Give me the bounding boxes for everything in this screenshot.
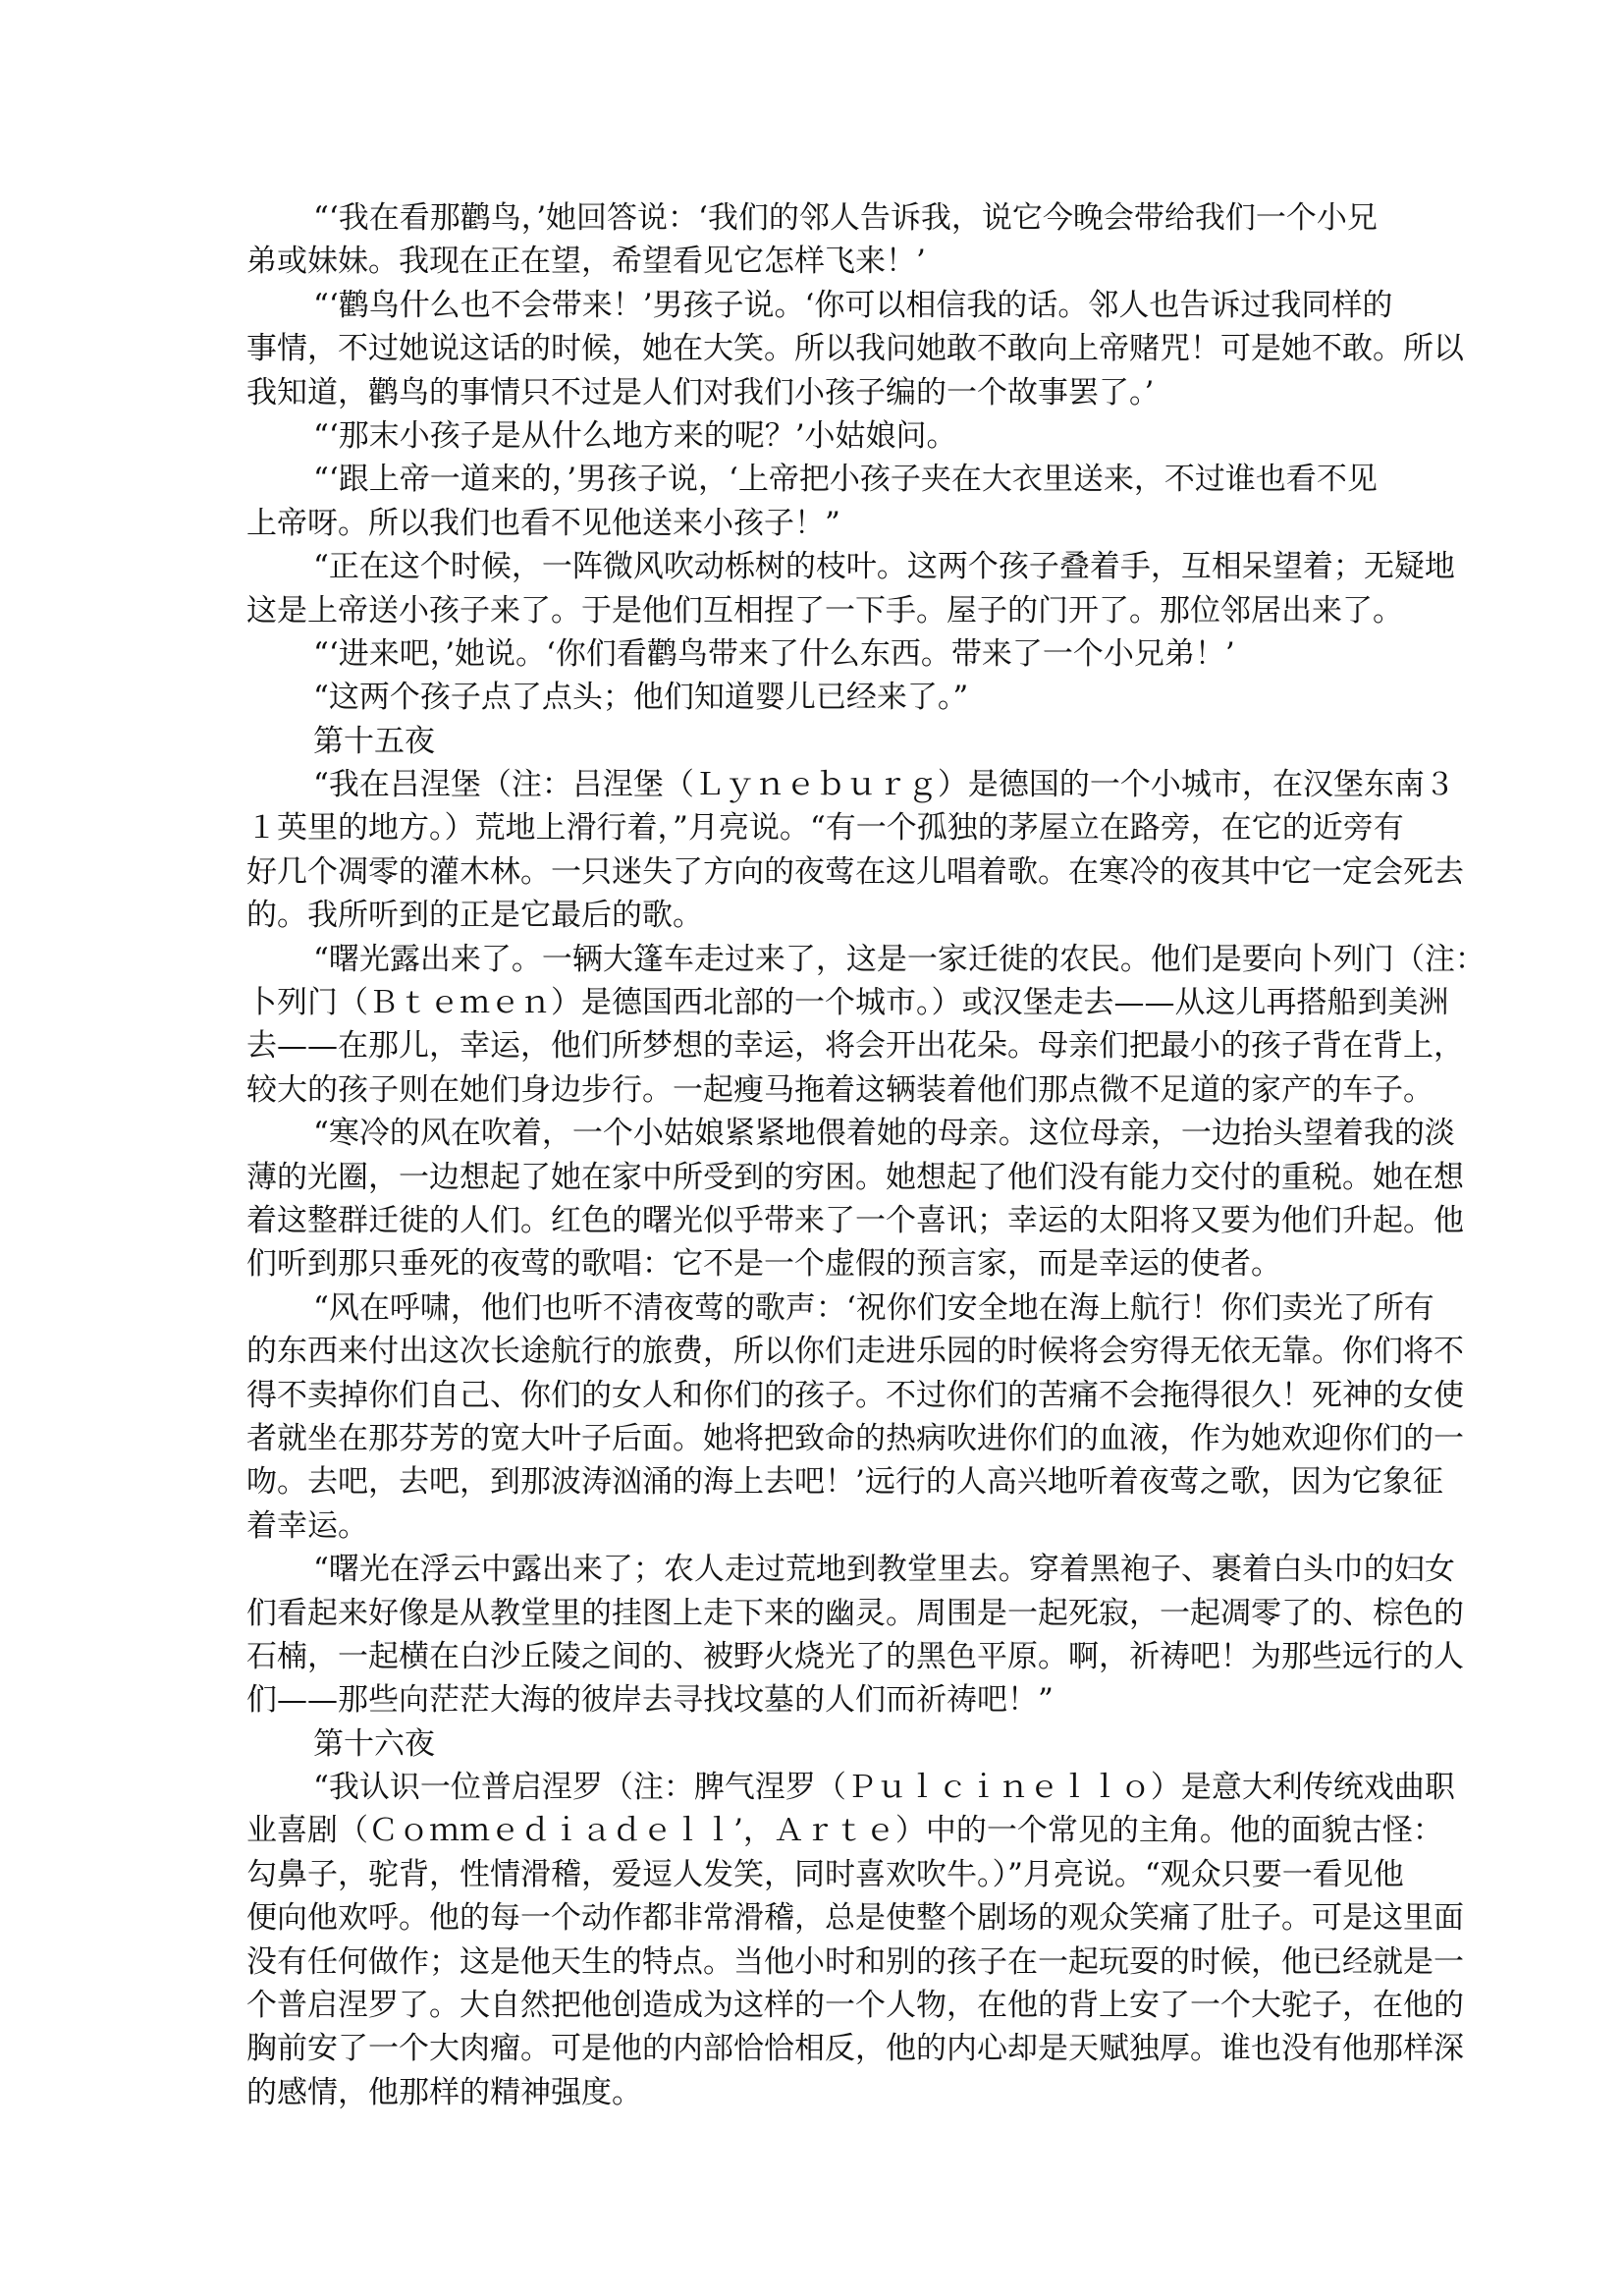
paragraph: “‘那末小孩子是从什么地方来的呢？’小姑娘问。: [246, 414, 1376, 458]
text-line: 石楠，一起横在白沙丘陵之间的、被野火烧光了的黑色平原。啊，祈祷吧！为那些远行的人: [246, 1635, 1376, 1678]
text-line: 薄的光圈，一边想起了她在家中所受到的穷困。她想起了他们没有能力交付的重税。她在想: [246, 1156, 1376, 1199]
paragraph: “‘鹳鸟什么也不会带来！’男孩子说。‘你可以相信我的话。邻人也告诉过我同样的事情…: [246, 284, 1376, 414]
paragraph: “‘进来吧，’她说。‘你们看鹳鸟带来了什么东西。带来了一个小兄弟！’: [246, 632, 1376, 676]
section-heading: 第十五夜: [246, 720, 1376, 763]
paragraph: “风在呼啸，他们也听不清夜莺的歌声：‘祝你们安全地在海上航行！你们卖光了所有的东…: [246, 1286, 1376, 1548]
text-line: “‘鹳鸟什么也不会带来！’男孩子说。‘你可以相信我的话。邻人也告诉过我同样的: [246, 284, 1376, 327]
text-line: 便向他欢呼。他的每一个动作都非常滑稽，总是使整个剧场的观众笑痛了肚子。可是这里面: [246, 1896, 1376, 1940]
text-line: １英里的地方。）荒地上滑行着，”月亮说。“有一个孤独的茅屋立在路旁，在它的近旁有: [246, 806, 1376, 849]
text-line: 吻。去吧，去吧，到那波涛汹涌的海上去吧！’远行的人高兴地听着夜莺之歌，因为它象征: [246, 1460, 1376, 1503]
text-line: “正在这个时候，一阵微风吹动栎树的枝叶。这两个孩子叠着手，互相呆望着；无疑地: [246, 545, 1376, 588]
text-line: 去——在那儿，幸运，他们所梦想的幸运，将会开出花朵。母亲们把最小的孩子背在背上，: [246, 1024, 1376, 1067]
text-line: “这两个孩子点了点头；他们知道婴儿已经来了。”: [246, 676, 1376, 719]
text-line: 勾鼻子，驼背，性情滑稽，爱逗人发笑，同时喜欢吹牛。）”月亮说。“观众只要一看见他: [246, 1853, 1376, 1896]
text-line: 业喜剧（Ｃｏｍｍｅｄｉａｄｅｌｌ’，Ａｒｔｅ）中的一个常见的主角。他的面貌古怪：: [246, 1809, 1376, 1852]
text-line: 胸前安了一个大肉瘤。可是他的内部恰恰相反，他的内心却是天赋独厚。谁也没有他那样深: [246, 2027, 1376, 2070]
text-line: “‘那末小孩子是从什么地方来的呢？’小姑娘问。: [246, 414, 1376, 458]
paragraph: “正在这个时候，一阵微风吹动栎树的枝叶。这两个孩子叠着手，互相呆望着；无疑地这是…: [246, 545, 1376, 632]
text-line: 第十六夜: [246, 1722, 1376, 1766]
text-line: 没有任何做作；这是他天生的特点。当他小时和别的孩子在一起玩耍的时候，他已经就是一: [246, 1941, 1376, 1984]
text-line: 者就坐在那芬芳的宽大叶子后面。她将把致命的热病吹进你们的血液，作为她欢迎你们的一: [246, 1417, 1376, 1460]
text-line: “风在呼啸，他们也听不清夜莺的歌声：‘祝你们安全地在海上航行！你们卖光了所有: [246, 1286, 1376, 1330]
text-line: 弟或妹妹。我现在正在望，希望看见它怎样飞来！’: [246, 240, 1376, 283]
paragraph: “‘我在看那鹳鸟，’她回答说：‘我们的邻人告诉我，说它今晚会带给我们一个小兄弟或…: [246, 196, 1376, 284]
text-line: “‘进来吧，’她说。‘你们看鹳鸟带来了什么东西。带来了一个小兄弟！’: [246, 632, 1376, 676]
text-line: “曙光在浮云中露出来了；农人走过荒地到教堂里去。穿着黑袍子、裹着白头巾的妇女: [246, 1548, 1376, 1591]
paragraph: “我认识一位普启涅罗（注：脾气涅罗（Ｐｕｌｃｉｎｅｌｌｏ）是意大利传统戏曲职业喜…: [246, 1766, 1376, 2114]
text-line: 较大的孩子则在她们身边步行。一起瘦马拖着这辆装着他们那点微不足道的家产的车子。: [246, 1068, 1376, 1112]
text-line: 第十五夜: [246, 720, 1376, 763]
paragraph: “曙光露出来了。一辆大篷车走过来了，这是一家迁徙的农民。他们是要向卜列门（注：卜…: [246, 938, 1376, 1113]
text-line: 得不卖掉你们自己、你们的女人和你们的孩子。不过你们的苦痛不会拖得很久！死神的女使: [246, 1374, 1376, 1417]
text-line: 的。我所听到的正是它最后的歌。: [246, 894, 1376, 937]
section-heading: 第十六夜: [246, 1722, 1376, 1766]
text-line: 的感情，他那样的精神强度。: [246, 2071, 1376, 2114]
document-page: “‘我在看那鹳鸟，’她回答说：‘我们的邻人告诉我，说它今晚会带给我们一个小兄弟或…: [246, 196, 1376, 2114]
text-line: “曙光露出来了。一辆大篷车走过来了，这是一家迁徙的农民。他们是要向卜列门（注：: [246, 938, 1376, 981]
text-line: 着幸运。: [246, 1504, 1376, 1548]
text-line: “‘跟上帝一道来的，’男孩子说，‘上帝把小孩子夹在大衣里送来，不过谁也看不见: [246, 458, 1376, 501]
paragraph: “寒冷的风在吹着，一个小姑娘紧紧地偎着她的母亲。这位母亲，一边抬头望着我的淡薄的…: [246, 1112, 1376, 1286]
text-line: 个普启涅罗了。大自然把他创造成为这样的一个人物，在他的背上安了一个大驼子，在他的: [246, 1984, 1376, 2027]
text-line: 们看起来好像是从教堂里的挂图上走下来的幽灵。周围是一起死寂，一起凋零了的、棕色的: [246, 1592, 1376, 1635]
text-line: 们听到那只垂死的夜莺的歌唱：它不是一个虚假的预言家，而是幸运的使者。: [246, 1242, 1376, 1285]
text-line: “我在吕涅堡（注：吕涅堡（Ｌｙｎｅｂｕｒｇ）是德国的一个小城市，在汉堡东南３: [246, 763, 1376, 806]
text-line: “寒冷的风在吹着，一个小姑娘紧紧地偎着她的母亲。这位母亲，一边抬头望着我的淡: [246, 1112, 1376, 1155]
text-line: 这是上帝送小孩子来了。于是他们互相捏了一下手。屋子的门开了。那位邻居出来了。: [246, 589, 1376, 632]
text-line: 事情，不过她说这话的时候，她在大笑。所以我问她敢不敢向上帝赌咒！可是她不敢。所以: [246, 327, 1376, 370]
text-line: 们——那些向茫茫大海的彼岸去寻找坟墓的人们而祈祷吧！”: [246, 1678, 1376, 1722]
paragraph: “曙光在浮云中露出来了；农人走过荒地到教堂里去。穿着黑袍子、裹着白头巾的妇女们看…: [246, 1548, 1376, 1722]
text-line: 我知道，鹳鸟的事情只不过是人们对我们小孩子编的一个故事罢了。’: [246, 371, 1376, 414]
text-line: 上帝呀。所以我们也看不见他送来小孩子！”: [246, 502, 1376, 545]
text-line: 的东西来付出这次长途航行的旅费，所以你们走进乐园的时候将会穷得无依无靠。你们将不: [246, 1330, 1376, 1373]
paragraph: “这两个孩子点了点头；他们知道婴儿已经来了。”: [246, 676, 1376, 719]
text-line: 卜列门（Ｂｔｅｍｅｎ）是德国西北部的一个城市。）或汉堡走去——从这儿再搭船到美洲: [246, 981, 1376, 1024]
paragraph: “‘跟上帝一道来的，’男孩子说，‘上帝把小孩子夹在大衣里送来，不过谁也看不见上帝…: [246, 458, 1376, 545]
text-line: 好几个凋零的灌木林。一只迷失了方向的夜莺在这儿唱着歌。在寒冷的夜其中它一定会死去: [246, 850, 1376, 894]
text-line: “‘我在看那鹳鸟，’她回答说：‘我们的邻人告诉我，说它今晚会带给我们一个小兄: [246, 196, 1376, 240]
paragraph: “我在吕涅堡（注：吕涅堡（Ｌｙｎｅｂｕｒｇ）是德国的一个小城市，在汉堡东南３１英…: [246, 763, 1376, 938]
text-line: 着这整群迁徙的人们。红色的曙光似乎带来了一个喜讯；幸运的太阳将又要为他们升起。他: [246, 1199, 1376, 1242]
text-line: “我认识一位普启涅罗（注：脾气涅罗（Ｐｕｌｃｉｎｅｌｌｏ）是意大利传统戏曲职: [246, 1766, 1376, 1809]
